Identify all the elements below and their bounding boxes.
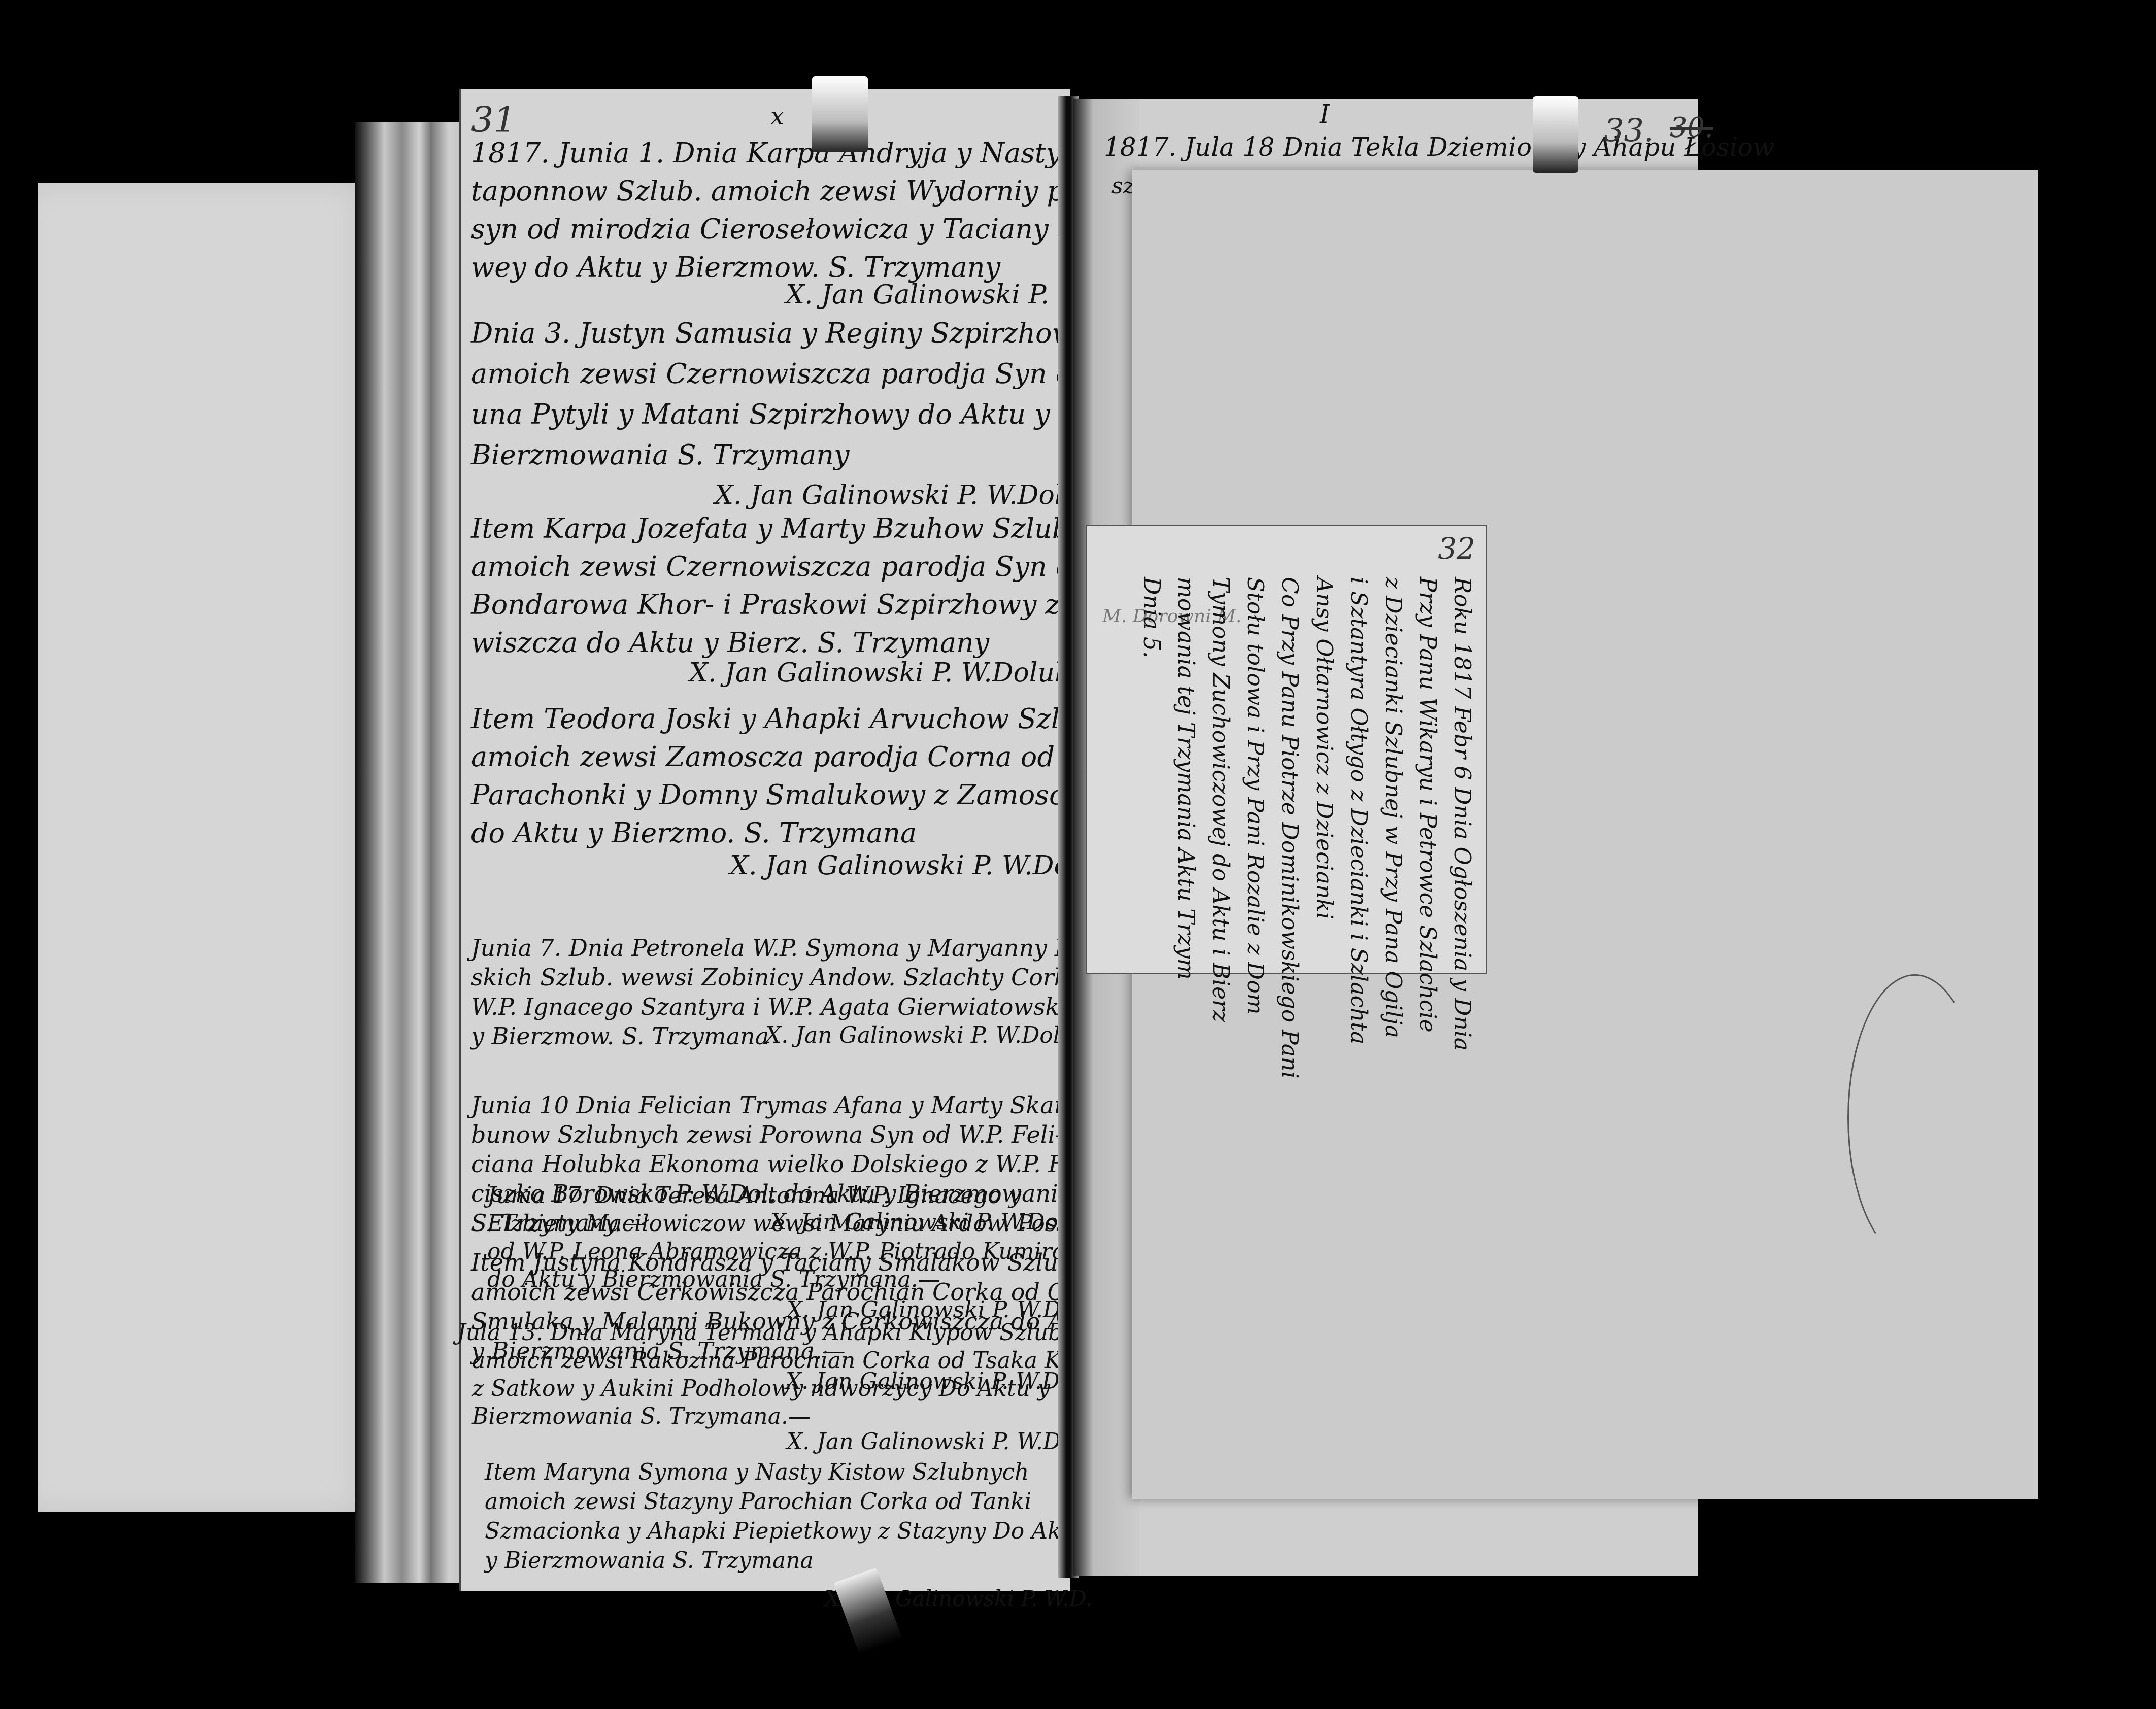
- top-binder-clip: [812, 76, 868, 152]
- page-stack-edges: [355, 122, 472, 1583]
- slip-rotated-text: Roku 1817 Febr 6 Dnia Ogłoszenia y Dnia …: [1138, 577, 1473, 963]
- priest-signature: X. Jan Galinowski P. W.Dolubi: [765, 1024, 1096, 1047]
- priest-signature: X. Jan Galinowski P. W.Dolubi: [715, 482, 1105, 508]
- left-page-mark: x: [770, 104, 784, 128]
- priest-signature: X. Jan Galinowski P. W.Dolubi: [689, 660, 1080, 686]
- register-entry: Item Karpa Jozefata y Marty Bzuhow Szlub…: [471, 515, 1060, 682]
- register-entry: Item Teodora Joski y Ahapki Arvuchow Szl…: [471, 705, 1060, 873]
- old-folio-number: 30.: [1670, 112, 1713, 144]
- register-entry: 1817. Junia 1. Dnia Karpa Andryja y Nast…: [471, 140, 1060, 307]
- register-entry: Junia 7. Dnia Petronela W.P. Symona y Ma…: [471, 936, 1060, 1068]
- right-page-mark: I: [1320, 101, 1330, 127]
- register-entry: Jula 13. Dnia Maryna Termala y Ahapki Kl…: [457, 1322, 1056, 1454]
- left-folio-number: 31: [471, 99, 516, 141]
- priest-signature: X. Jan Galinowski P. W.Dola: [787, 1431, 1095, 1453]
- blank-left-card: [38, 183, 373, 1512]
- register-entry: Dnia 3. Justyn Samusia y Reginy Szpirzho…: [471, 320, 1060, 487]
- register-entry: Item Maryna Symona y Nasty Kistow Szlubn…: [485, 1461, 1058, 1614]
- inserted-note-slip: 32 M. Dorowni M. Roku 1817 Febr 6 Dnia O…: [1086, 525, 1487, 974]
- register-entry: Junia 17. Dnia Teresa Antonina W.P. Igna…: [487, 1185, 1061, 1322]
- priest-signature: X. Jan Galinowski P. W.Dol.: [730, 852, 1087, 879]
- right-folio-number: 33.: [1604, 112, 1654, 149]
- slip-folio-number: 32: [1438, 531, 1475, 566]
- top-right-binder-clip: [1533, 96, 1578, 173]
- priest-signature: X. Jan Galinowski P. W.Dola: [787, 1299, 1095, 1321]
- pencil-arc-mark: [1847, 974, 1982, 1261]
